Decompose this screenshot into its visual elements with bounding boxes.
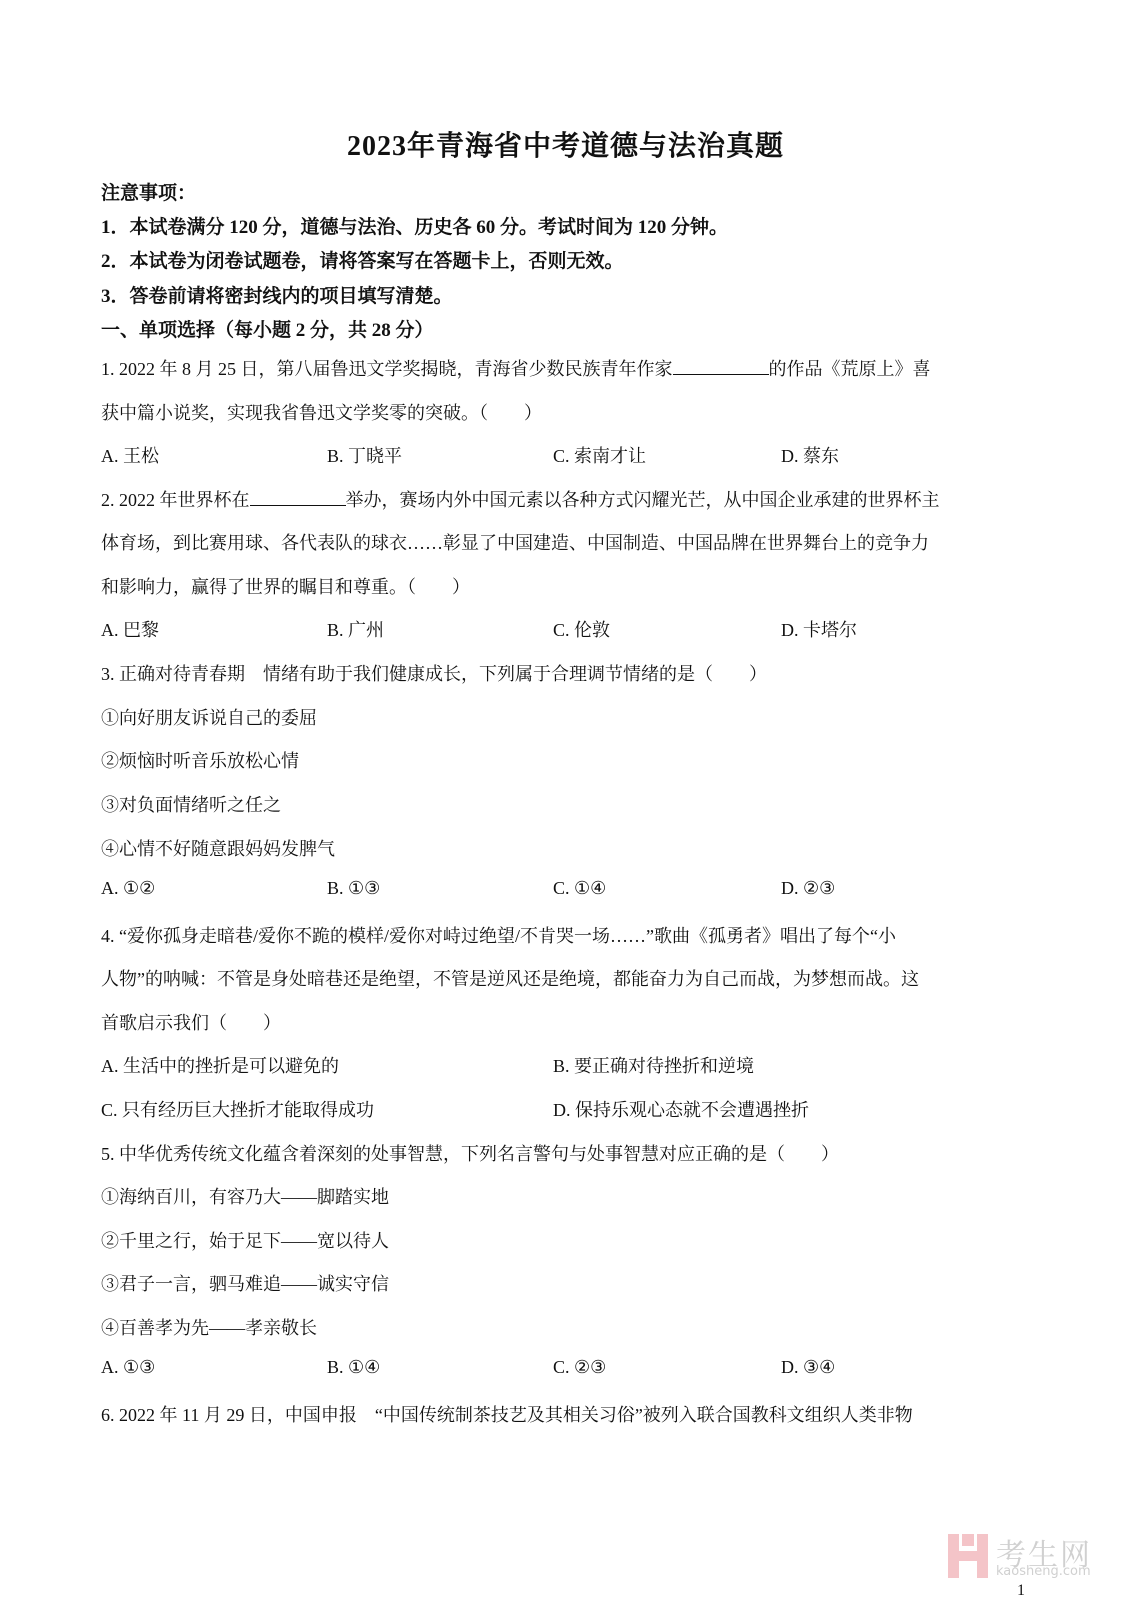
question-2-option-c: C. 伦敦: [553, 616, 610, 642]
question-4-line-2: 人物”的呐喊：不管是身处暗巷还是绝望，不管是逆风还是绝境，都能奋力为自己而战，为…: [101, 965, 919, 991]
question-2-option-a: A. 巴黎: [101, 616, 159, 642]
question-4-option-b: B. 要正确对待挫折和逆境: [553, 1052, 754, 1078]
question-1-line-2: 获中篇小说奖，实现我省鲁迅文学奖零的突破。（ ）: [101, 399, 542, 425]
answer-blank: [673, 358, 769, 375]
question-5-option-c: C. ②③: [553, 1357, 606, 1378]
question-5-option-b: B. ①④: [327, 1357, 380, 1378]
question-2-text-after: 举办，赛场内外中国元素以各种方式闪耀光芒，从中国企业承建的世界杯主: [346, 490, 940, 510]
question-5-statement-3: ③君子一言，驷马难追——诚实守信: [101, 1270, 389, 1296]
question-3-statement-3: ③对负面情绪听之任之: [101, 791, 281, 817]
question-4-option-a: A. 生活中的挫折是可以避免的: [101, 1052, 339, 1078]
question-2-option-b: B. 广州: [327, 616, 384, 642]
question-3-statement-2: ②烦恼时听音乐放松心情: [101, 747, 299, 773]
watermark-en-text: kaosheng.com: [996, 1564, 1091, 1579]
page-number: 1: [1017, 1582, 1025, 1600]
question-4-line-3: 首歌启示我们（ ）: [101, 1009, 281, 1035]
exam-page: 2023年青海省中考道德与法治真题 注意事项： 1．本试卷满分 120 分，道德…: [0, 0, 1131, 1600]
question-1-text-before: 1. 2022 年 8 月 25 日，第八届鲁迅文学奖揭晓，青海省少数民族青年作…: [101, 359, 673, 379]
question-1-text-after: 的作品《荒原上》喜: [769, 359, 931, 379]
question-2-option-d: D. 卡塔尔: [781, 616, 857, 642]
question-5-statement-4: ④百善孝为先——孝亲敬长: [101, 1314, 317, 1340]
question-3-statement-4: ④心情不好随意跟妈妈发脾气: [101, 835, 335, 861]
question-5-statement-2: ②千里之行，始于足下——宽以待人: [101, 1227, 389, 1253]
question-4-option-c: C. 只有经历巨大挫折才能取得成功: [101, 1096, 374, 1122]
kaosheng-logo-icon: [948, 1534, 988, 1578]
question-1-option-a: A. 王松: [101, 442, 159, 468]
question-5-option-a: A. ①③: [101, 1357, 155, 1378]
question-4-option-d: D. 保持乐观心态就不会遭遇挫折: [553, 1096, 809, 1122]
question-3-option-b: B. ①③: [327, 878, 380, 899]
notice-item-2: 2．本试卷为闭卷试题卷，请将答案写在答题卡上，否则无效。: [101, 246, 624, 273]
question-1-line-1: 1. 2022 年 8 月 25 日，第八届鲁迅文学奖揭晓，青海省少数民族青年作…: [101, 355, 931, 381]
question-1-option-b: B. 丁晓平: [327, 442, 402, 468]
question-2-line-3: 和影响力，赢得了世界的瞩目和尊重。（ ）: [101, 573, 470, 599]
question-5-line-1: 5. 中华优秀传统文化蕴含着深刻的处事智慧，下列名言警句与处事智慧对应正确的是（…: [101, 1140, 839, 1166]
watermark: 考生网 kaosheng.com: [948, 1532, 1108, 1584]
question-4-line-1: 4. “爱你孤身走暗巷/爱你不跪的模样/爱你对峙过绝望/不肯哭一场……”歌曲《孤…: [101, 922, 896, 948]
question-3-option-c: C. ①④: [553, 878, 606, 899]
question-2-line-2: 体育场，到比赛用球、各代表队的球衣……彰显了中国建造、中国制造、中国品牌在世界舞…: [101, 529, 929, 555]
question-5-option-d: D. ③④: [781, 1357, 835, 1378]
question-3-option-a: A. ①②: [101, 878, 155, 899]
question-1-option-c: C. 索南才让: [553, 442, 646, 468]
notice-heading: 注意事项：: [101, 178, 196, 205]
question-3-line-1: 3. 正确对待青春期 情绪有助于我们健康成长，下列属于合理调节情绪的是（ ）: [101, 660, 767, 686]
question-5-statement-1: ①海纳百川，有容乃大——脚踏实地: [101, 1183, 389, 1209]
question-3-option-d: D. ②③: [781, 878, 835, 899]
notice-item-3: 3．答卷前请将密封线内的项目填写清楚。: [101, 281, 453, 308]
answer-blank: [250, 489, 346, 506]
question-2-line-1: 2. 2022 年世界杯在举办，赛场内外中国元素以各种方式闪耀光芒，从中国企业承…: [101, 486, 940, 512]
question-2-text-before: 2. 2022 年世界杯在: [101, 490, 250, 510]
question-6-line-1: 6. 2022 年 11 月 29 日，中国申报 “中国传统制茶技艺及其相关习俗…: [101, 1401, 913, 1427]
question-3-statement-1: ①向好朋友诉说自己的委屈: [101, 704, 317, 730]
question-1-option-d: D. 蔡东: [781, 442, 839, 468]
page-title: 2023年青海省中考道德与法治真题: [0, 124, 1131, 164]
notice-item-1: 1．本试卷满分 120 分，道德与法治、历史各 60 分。考试时间为 120 分…: [101, 212, 728, 239]
section-heading: 一、单项选择（每小题 2 分，共 28 分）: [101, 315, 434, 342]
